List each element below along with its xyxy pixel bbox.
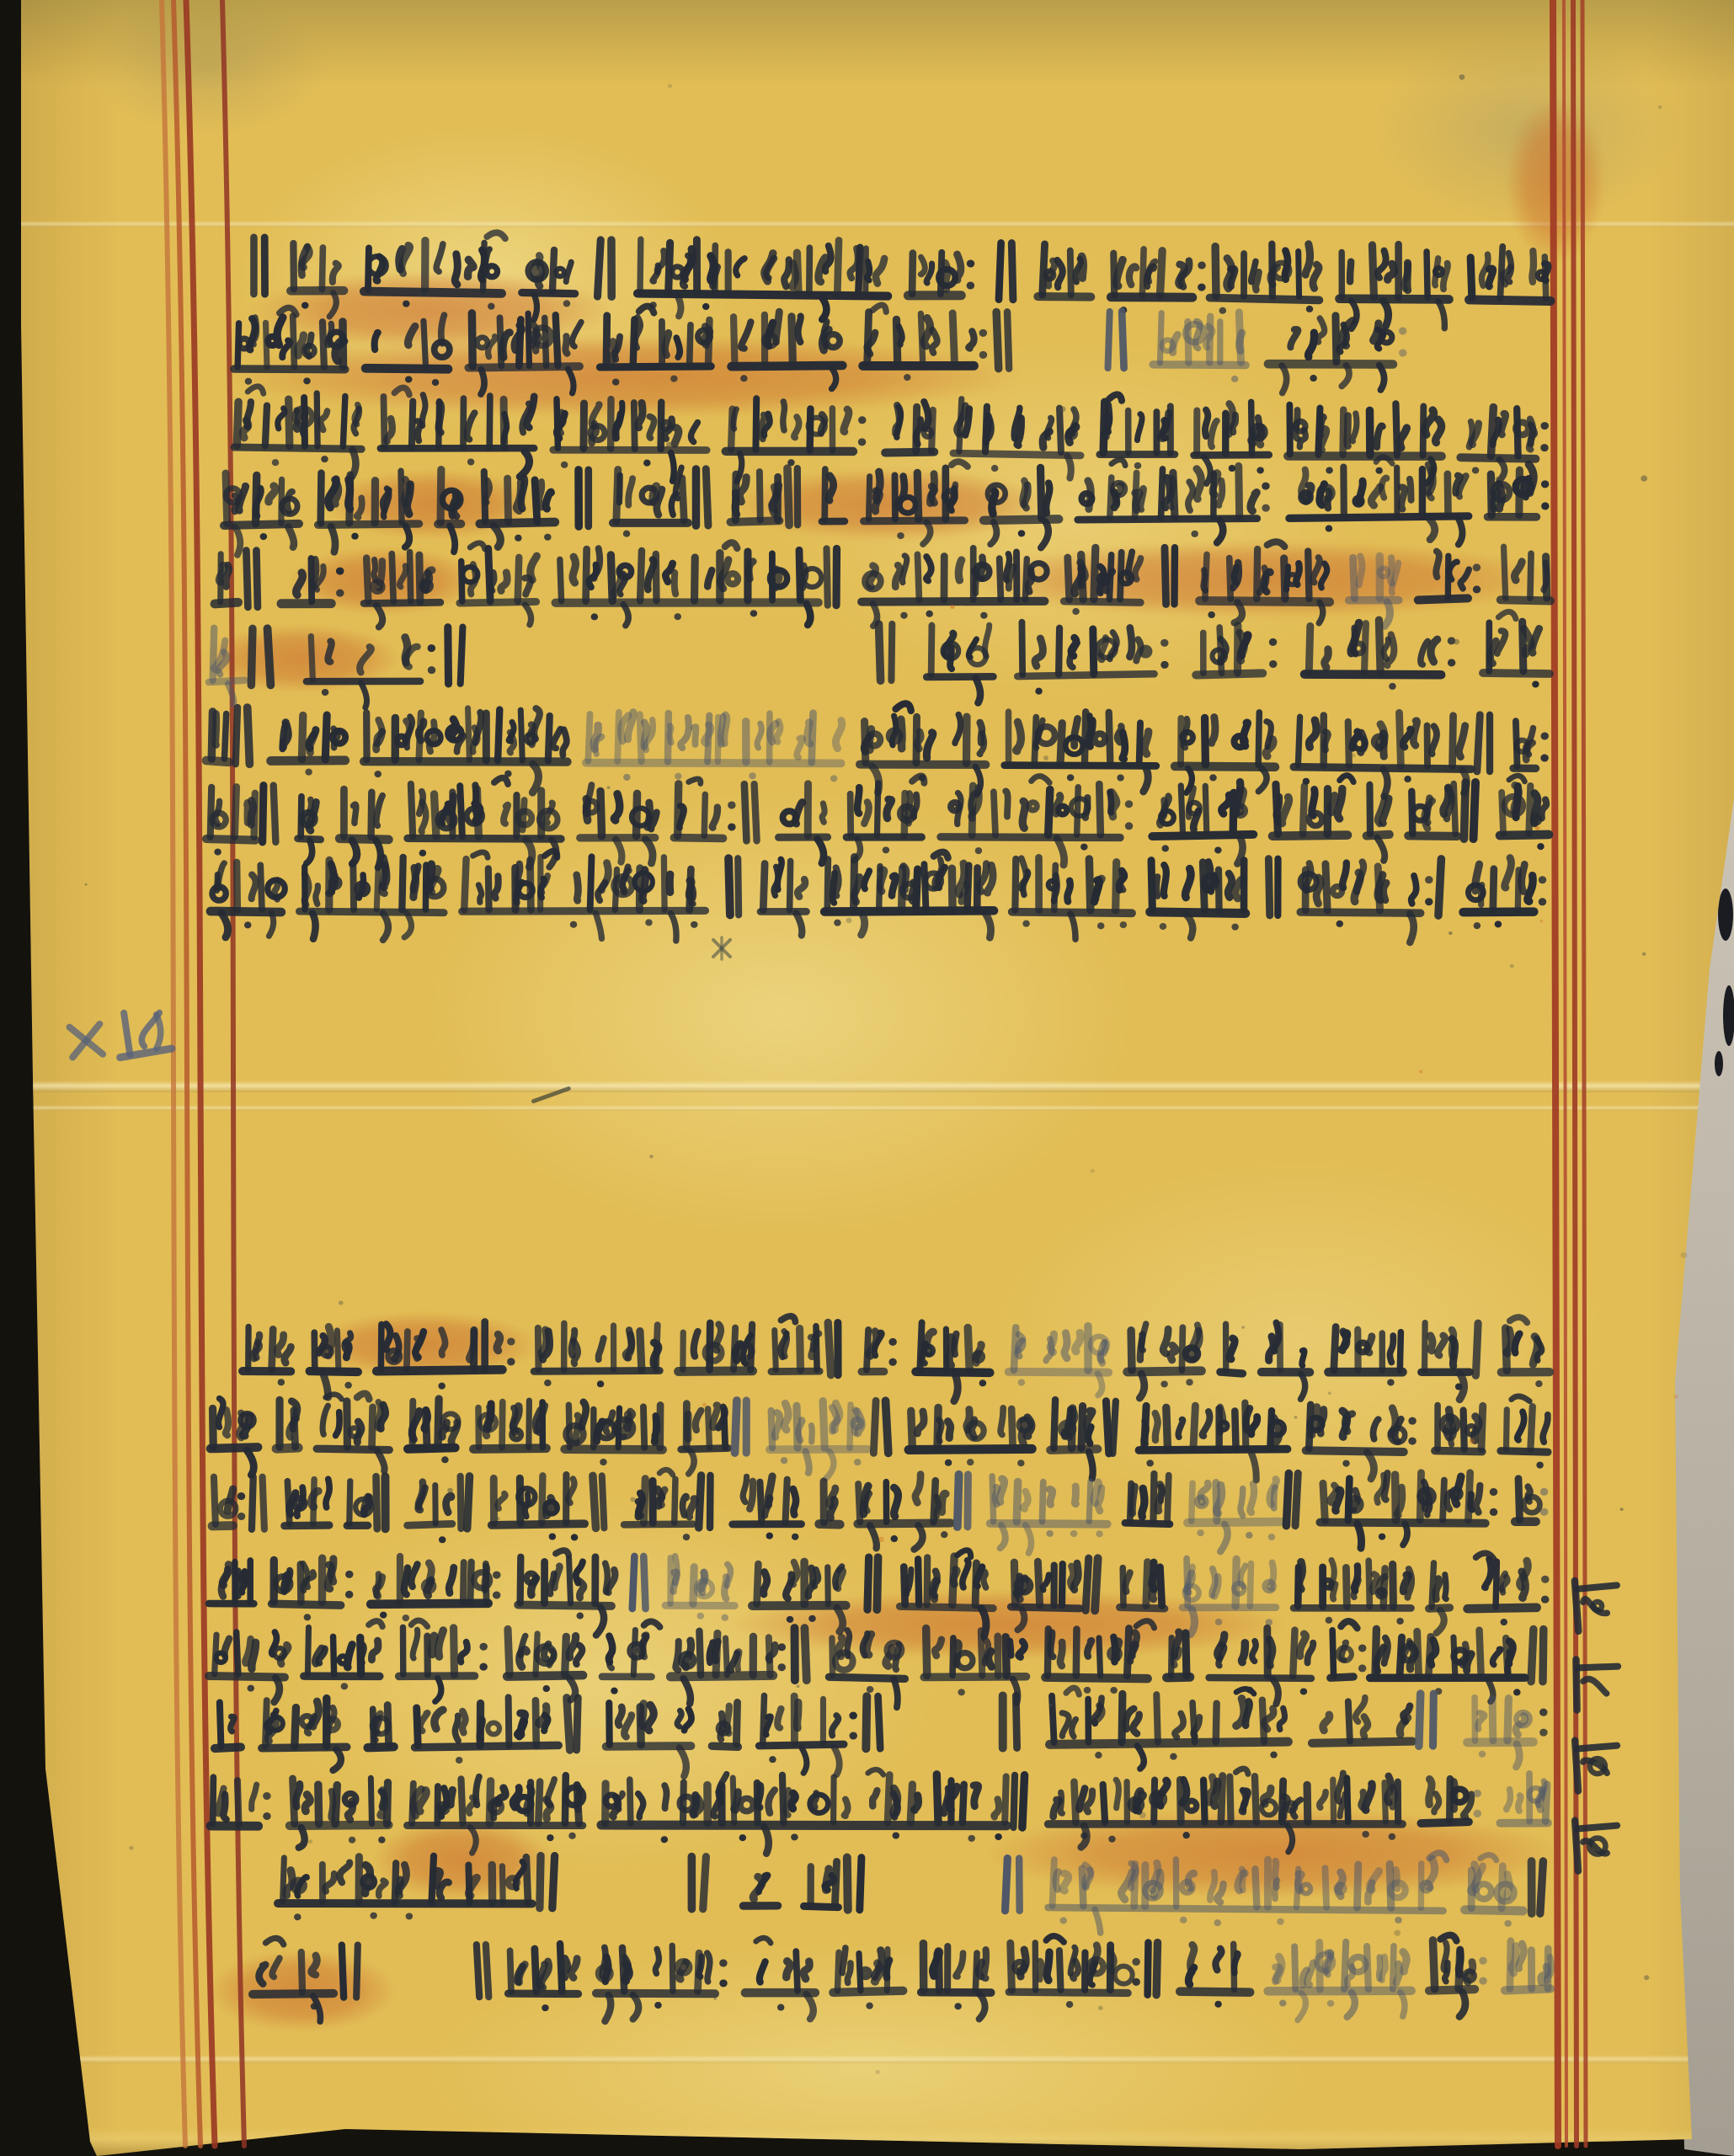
headline-stroke bbox=[272, 1604, 341, 1605]
ink-stroke bbox=[803, 1961, 809, 1979]
ink-stroke bbox=[426, 879, 444, 897]
ink-stroke bbox=[808, 418, 825, 435]
ink-stroke bbox=[1532, 251, 1534, 282]
ink-stroke bbox=[328, 1565, 331, 1588]
headline-stroke bbox=[1038, 296, 1091, 297]
ink-stroke bbox=[1230, 1338, 1235, 1359]
ink-stroke bbox=[226, 1410, 228, 1435]
matra-hook bbox=[1144, 768, 1149, 792]
ink-stroke bbox=[707, 1953, 710, 1982]
danda-stroke bbox=[274, 786, 276, 842]
ink-stroke bbox=[734, 317, 734, 365]
matra-hook bbox=[670, 913, 676, 941]
ink-stroke bbox=[741, 322, 751, 348]
ink-stroke bbox=[282, 340, 290, 357]
ink-stroke bbox=[864, 871, 869, 889]
ink-stroke bbox=[823, 1401, 824, 1449]
matra-curl bbox=[1341, 1621, 1357, 1628]
ink-stroke bbox=[935, 1640, 942, 1656]
ink-stroke bbox=[1209, 317, 1211, 363]
ink-stroke bbox=[1379, 568, 1388, 577]
ink-stroke bbox=[1454, 784, 1455, 835]
matra-hook bbox=[923, 522, 931, 544]
ink-stroke bbox=[643, 1479, 645, 1524]
ink-stroke bbox=[1379, 1957, 1379, 1979]
text-line bbox=[208, 611, 1550, 708]
ink-stroke bbox=[404, 1568, 408, 1595]
ink-stroke bbox=[1529, 786, 1530, 834]
ink-stroke bbox=[565, 336, 567, 353]
ink-stroke bbox=[1134, 1864, 1135, 1906]
ink-stroke bbox=[728, 574, 738, 584]
ink-stroke bbox=[398, 1880, 401, 1896]
ink-stroke bbox=[1023, 1492, 1028, 1509]
ink-stroke bbox=[1215, 247, 1217, 296]
ink-stroke bbox=[1377, 426, 1383, 447]
ink-stroke bbox=[1181, 786, 1182, 835]
ink-stroke bbox=[1444, 1962, 1448, 1981]
ink-stroke bbox=[1164, 865, 1166, 896]
margin-label-glyph bbox=[1575, 1818, 1619, 1871]
ink-stroke bbox=[740, 1798, 753, 1811]
headline-stroke bbox=[1078, 519, 1257, 520]
ink-stroke bbox=[1142, 1488, 1144, 1517]
ink-stroke bbox=[1250, 1484, 1254, 1513]
matra-curl bbox=[912, 776, 924, 783]
ink-stroke bbox=[432, 1636, 435, 1654]
ink-stroke bbox=[675, 1641, 678, 1670]
ink-stroke bbox=[312, 1491, 318, 1507]
ink-stroke bbox=[1449, 1779, 1450, 1822]
ink-stroke bbox=[310, 734, 314, 753]
text-line bbox=[234, 302, 1404, 398]
matra-hook bbox=[1282, 366, 1287, 393]
headline-stroke bbox=[1421, 1822, 1469, 1823]
danda-stroke bbox=[1106, 1401, 1109, 1454]
ink-stroke bbox=[1188, 482, 1193, 510]
ink-stroke bbox=[897, 407, 901, 437]
ink-stroke bbox=[1019, 1641, 1025, 1657]
ink-stroke bbox=[640, 551, 642, 600]
ink-stroke bbox=[939, 1420, 942, 1442]
headline-stroke bbox=[1268, 1991, 1411, 1992]
headline-stroke bbox=[206, 760, 229, 762]
ink-stroke bbox=[858, 248, 860, 294]
ink-stroke bbox=[1577, 1585, 1617, 1588]
ink-stroke bbox=[1384, 883, 1387, 900]
ink-stroke bbox=[1374, 1419, 1379, 1439]
ink-stroke bbox=[325, 715, 327, 760]
ink-stroke bbox=[1122, 1694, 1123, 1742]
ink-stroke bbox=[539, 482, 542, 508]
ink-stroke bbox=[783, 402, 785, 430]
ink-stroke bbox=[221, 1569, 227, 1596]
ink-stroke bbox=[939, 1951, 940, 1991]
ink-stroke bbox=[1050, 1632, 1053, 1657]
ink-stroke bbox=[784, 1403, 788, 1429]
ink-stroke bbox=[1085, 1952, 1086, 1989]
headline-stroke bbox=[468, 366, 579, 368]
ink-stroke bbox=[682, 478, 684, 521]
ink-stroke bbox=[1470, 1494, 1472, 1510]
ink-stroke bbox=[560, 1944, 562, 1992]
ink-stroke bbox=[1187, 1801, 1197, 1811]
headline-stroke bbox=[601, 1824, 1006, 1827]
ink-stroke bbox=[1288, 574, 1298, 584]
ink-stroke bbox=[1303, 786, 1305, 834]
ink-stroke bbox=[965, 408, 969, 435]
headline-stroke bbox=[1196, 673, 1262, 675]
ink-stroke bbox=[1515, 1334, 1520, 1353]
ink-stroke bbox=[1211, 421, 1217, 447]
ink-stroke bbox=[316, 886, 318, 905]
headline-stroke bbox=[1064, 601, 1140, 603]
ink-stroke bbox=[1042, 1482, 1043, 1522]
ink-stroke bbox=[494, 876, 498, 898]
matra-hook bbox=[1272, 1679, 1278, 1704]
ink-stroke bbox=[460, 786, 462, 836]
headline-stroke bbox=[408, 1448, 455, 1449]
ink-stroke bbox=[491, 573, 494, 591]
ink-stroke bbox=[231, 1716, 234, 1732]
ink-stroke bbox=[1075, 1486, 1075, 1504]
ink-stroke bbox=[1528, 876, 1533, 902]
text-line bbox=[243, 1315, 1550, 1401]
ink-stroke bbox=[521, 478, 526, 509]
ink-stroke bbox=[606, 1795, 617, 1806]
matra-hook bbox=[525, 605, 531, 625]
ink-stroke bbox=[301, 1952, 302, 1993]
ink-stroke bbox=[1067, 881, 1070, 902]
ink-stroke bbox=[488, 548, 490, 601]
ink-stroke bbox=[1234, 1953, 1238, 1972]
ink-stroke bbox=[1163, 1329, 1168, 1353]
ink-stroke bbox=[1506, 1410, 1507, 1449]
matra-curl bbox=[1476, 1553, 1494, 1559]
ink-stroke bbox=[269, 486, 276, 502]
ink-stroke bbox=[998, 1636, 999, 1676]
ink-stroke bbox=[917, 472, 918, 519]
ink-stroke bbox=[1059, 408, 1062, 453]
ink-stroke bbox=[525, 578, 531, 594]
ink-stroke bbox=[876, 472, 880, 500]
headline-stroke bbox=[899, 1606, 993, 1608]
ink-stroke bbox=[1155, 1413, 1158, 1440]
matra-curl bbox=[369, 1621, 382, 1627]
ink-stroke bbox=[1115, 1967, 1133, 1984]
ink-stroke bbox=[1029, 803, 1037, 810]
ink-stroke bbox=[600, 791, 601, 835]
matra-hook bbox=[831, 368, 835, 389]
ink-stroke bbox=[1222, 795, 1230, 814]
headline-stroke bbox=[915, 1372, 990, 1373]
headline-stroke bbox=[1320, 1522, 1485, 1524]
danda-stroke bbox=[643, 1556, 646, 1609]
matra-hook bbox=[670, 452, 674, 481]
matra-curl bbox=[781, 1316, 795, 1322]
danda-stroke bbox=[691, 1857, 692, 1909]
ink-stroke bbox=[1099, 1638, 1101, 1676]
headline-stroke bbox=[1111, 296, 1192, 297]
ink-stroke bbox=[606, 316, 607, 366]
matra-curl bbox=[1032, 776, 1050, 783]
ink-stroke bbox=[339, 1656, 347, 1663]
ink-stroke bbox=[425, 241, 426, 291]
ink-stroke bbox=[675, 573, 675, 594]
ink-stroke bbox=[1427, 252, 1428, 298]
ink-stroke bbox=[931, 626, 932, 675]
ink-stroke bbox=[1425, 1323, 1426, 1371]
ink-stroke bbox=[824, 469, 825, 520]
ink-stroke bbox=[642, 1704, 643, 1726]
headline-stroke bbox=[1435, 1451, 1482, 1452]
text-line bbox=[206, 774, 1549, 867]
ink-stroke bbox=[1139, 723, 1140, 764]
matra-hook bbox=[605, 1995, 611, 2021]
ink-stroke bbox=[1054, 1400, 1055, 1449]
ink-stroke bbox=[1129, 627, 1132, 656]
ink-stroke bbox=[235, 787, 237, 837]
ink-stroke bbox=[1299, 1634, 1305, 1656]
danda-stroke bbox=[1165, 547, 1166, 604]
ink-stroke bbox=[371, 1641, 378, 1660]
ink-stroke bbox=[612, 342, 615, 360]
ink-stroke bbox=[1000, 1408, 1003, 1435]
ink-stroke bbox=[1523, 1497, 1539, 1513]
ink-stroke bbox=[1038, 1561, 1040, 1605]
ink-stroke bbox=[933, 1572, 936, 1596]
ink-stroke bbox=[984, 1639, 988, 1663]
headline-stroke bbox=[408, 1524, 452, 1525]
ink-stroke bbox=[1040, 1961, 1042, 1979]
ink-stroke bbox=[577, 1785, 579, 1823]
ink-stroke bbox=[777, 1709, 781, 1728]
matra-hook bbox=[534, 295, 537, 320]
ink-stroke bbox=[576, 1646, 582, 1664]
ink-stroke bbox=[760, 472, 760, 520]
ink-stroke bbox=[763, 863, 765, 910]
ink-stroke bbox=[694, 727, 696, 744]
ink-stroke bbox=[1305, 244, 1310, 275]
ink-stroke bbox=[1059, 628, 1060, 675]
ink-stroke bbox=[1431, 1336, 1433, 1351]
ink-stroke bbox=[797, 253, 798, 293]
headline-stroke bbox=[415, 1745, 559, 1747]
ink-stroke bbox=[588, 714, 590, 761]
danda-stroke bbox=[552, 1856, 555, 1908]
ink-stroke bbox=[478, 885, 482, 903]
headline-stroke bbox=[1294, 767, 1471, 770]
ink-stroke bbox=[1309, 813, 1321, 825]
ink-stroke bbox=[826, 334, 840, 348]
danda-stroke bbox=[744, 784, 747, 841]
ink-stroke bbox=[850, 1405, 851, 1449]
ink-stroke bbox=[1128, 411, 1128, 453]
ink-stroke bbox=[1421, 641, 1428, 664]
ink-stroke bbox=[1068, 558, 1070, 600]
headline-stroke bbox=[1210, 298, 1320, 301]
ink-stroke bbox=[218, 1399, 223, 1428]
ink-stroke bbox=[1241, 1643, 1245, 1662]
ink-stroke bbox=[1385, 1473, 1388, 1500]
ink-stroke bbox=[1178, 1420, 1182, 1438]
headline-stroke bbox=[1429, 1989, 1475, 1991]
ink-stroke bbox=[749, 562, 753, 579]
ink-stroke bbox=[1485, 1559, 1491, 1588]
headline-stroke bbox=[1367, 835, 1390, 836]
danda-stroke bbox=[794, 1628, 795, 1680]
ink-stroke bbox=[1353, 414, 1357, 441]
headline-stroke bbox=[1289, 516, 1469, 519]
matra-hook bbox=[979, 1993, 985, 2019]
headline-stroke bbox=[492, 1524, 584, 1525]
ink-stroke bbox=[974, 1785, 979, 1806]
danda-stroke bbox=[1540, 1861, 1544, 1913]
ink-stroke bbox=[283, 725, 285, 750]
ink-stroke bbox=[1298, 251, 1299, 296]
ink-stroke bbox=[420, 1713, 428, 1731]
ink-stroke bbox=[757, 723, 761, 748]
matra-hook bbox=[450, 526, 455, 552]
ink-stroke bbox=[786, 1575, 792, 1598]
headline-stroke bbox=[1306, 1450, 1404, 1452]
danda-stroke bbox=[236, 707, 237, 764]
ink-stroke bbox=[1333, 1780, 1334, 1822]
headline-stroke bbox=[253, 1993, 333, 1994]
ink-stroke bbox=[745, 722, 746, 762]
ink-stroke bbox=[625, 1964, 629, 1981]
ink-stroke bbox=[498, 1493, 505, 1508]
ink-stroke bbox=[1240, 632, 1244, 660]
ink-stroke bbox=[1112, 792, 1117, 817]
danda-stroke bbox=[247, 707, 249, 764]
ink-stroke bbox=[1186, 324, 1203, 342]
ink-stroke bbox=[455, 254, 457, 285]
ink-stroke bbox=[1144, 732, 1149, 755]
ink-stroke bbox=[1436, 1579, 1439, 1599]
ink-stroke bbox=[412, 402, 413, 447]
ink-stroke bbox=[1262, 1801, 1276, 1815]
ink-stroke bbox=[1006, 791, 1008, 816]
headline-stroke bbox=[553, 449, 707, 451]
ink-stroke bbox=[1516, 740, 1528, 752]
ink-stroke bbox=[1507, 1790, 1511, 1810]
ink-stroke bbox=[1320, 418, 1323, 436]
ink-stroke bbox=[305, 874, 309, 905]
ink-stroke bbox=[1332, 1630, 1334, 1676]
ink-stroke bbox=[504, 399, 505, 447]
headline-stroke bbox=[339, 838, 388, 840]
ink-stroke bbox=[212, 1408, 213, 1447]
danda-stroke bbox=[804, 1628, 807, 1680]
headline-stroke bbox=[953, 453, 1080, 456]
ink-stroke bbox=[876, 259, 884, 284]
ink-stroke bbox=[952, 868, 952, 910]
danda-stroke bbox=[1011, 243, 1014, 300]
ink-stroke bbox=[347, 1645, 352, 1668]
ink-stroke bbox=[619, 565, 632, 578]
ink-stroke bbox=[216, 713, 216, 744]
ink-stroke bbox=[1402, 1646, 1417, 1660]
ink-stroke bbox=[1430, 1640, 1436, 1665]
ink-stroke bbox=[462, 1711, 466, 1732]
ink-stroke bbox=[704, 794, 705, 835]
ink-stroke bbox=[1214, 1577, 1218, 1596]
matra-curl bbox=[659, 1470, 673, 1475]
danda-stroke bbox=[1022, 1775, 1025, 1828]
headline-stroke bbox=[507, 1675, 583, 1677]
text-line bbox=[253, 231, 1551, 330]
matra-hook bbox=[1000, 1525, 1005, 1548]
ink-stroke bbox=[1427, 726, 1427, 766]
ink-stroke bbox=[610, 1652, 613, 1668]
ink-stroke bbox=[322, 248, 323, 290]
ink-stroke bbox=[1522, 864, 1525, 891]
matra-hook bbox=[435, 1678, 441, 1701]
matra-hook bbox=[836, 1608, 842, 1631]
matra-hook bbox=[376, 605, 383, 627]
matra-hook bbox=[802, 1748, 807, 1774]
ink-stroke bbox=[948, 1422, 951, 1438]
ink-stroke bbox=[492, 1865, 493, 1903]
ink-stroke bbox=[912, 253, 913, 294]
matra-hook bbox=[1258, 768, 1267, 791]
ink-stroke bbox=[1117, 259, 1123, 286]
ink-stroke bbox=[675, 428, 679, 444]
ink-stroke bbox=[1448, 474, 1449, 515]
ink-stroke bbox=[1354, 738, 1366, 750]
ink-stroke bbox=[1240, 1489, 1243, 1516]
ink-stroke bbox=[585, 801, 597, 813]
ink-stroke bbox=[636, 793, 637, 835]
ink-stroke bbox=[1059, 806, 1067, 814]
ink-stroke bbox=[614, 794, 620, 820]
ink-stroke bbox=[1041, 467, 1042, 518]
danda-stroke bbox=[878, 1696, 881, 1748]
ink-stroke bbox=[1578, 1667, 1619, 1668]
ink-stroke bbox=[1341, 1331, 1347, 1350]
matra-hook bbox=[1185, 914, 1192, 938]
ink-stroke bbox=[1364, 623, 1367, 672]
ink-stroke bbox=[910, 1785, 912, 1822]
matra-hook bbox=[404, 913, 411, 937]
matra-curl bbox=[1046, 1936, 1064, 1942]
danda-stroke bbox=[1086, 1558, 1089, 1610]
matra-hook bbox=[329, 293, 336, 317]
headline-stroke bbox=[860, 764, 985, 765]
ink-stroke bbox=[320, 473, 322, 524]
ink-stroke bbox=[1133, 1715, 1139, 1734]
danda-stroke bbox=[1531, 1630, 1534, 1682]
ink-stroke bbox=[942, 1494, 946, 1513]
ink-stroke bbox=[413, 1630, 418, 1658]
ink-stroke bbox=[822, 803, 824, 822]
ink-stroke bbox=[675, 1479, 676, 1523]
ink-stroke bbox=[657, 251, 664, 272]
ink-stroke bbox=[529, 1401, 530, 1448]
ink-stroke bbox=[1171, 1346, 1176, 1360]
ink-stroke bbox=[750, 1481, 753, 1509]
ink-stroke bbox=[680, 806, 684, 828]
matra-hook bbox=[1089, 1452, 1093, 1479]
danda-stroke bbox=[846, 1858, 848, 1910]
matra-hook bbox=[1287, 1825, 1292, 1852]
danda-stroke bbox=[1002, 1695, 1003, 1748]
matra-hook bbox=[683, 1678, 691, 1704]
ink-stroke bbox=[833, 873, 835, 903]
ink-stroke bbox=[252, 875, 256, 899]
ink-stroke bbox=[915, 1475, 920, 1503]
